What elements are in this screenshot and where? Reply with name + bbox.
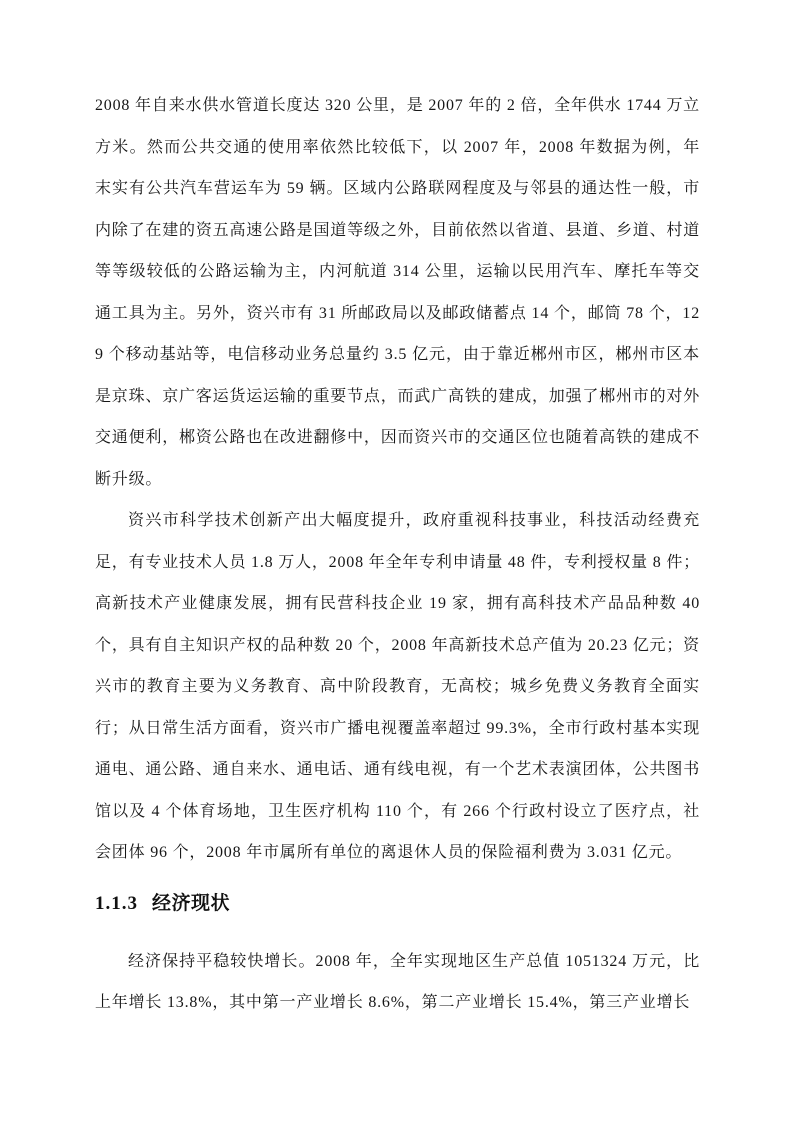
- document-page: 2008 年自来水供水管道长度达 320 公里，是 2007 年的 2 倍，全年…: [0, 0, 793, 1122]
- section-heading: 1.1.3经济现状: [95, 890, 700, 918]
- paragraph-economy-overview: 经济保持平稳较快增长。2008 年，全年实现地区生产总值 1051324 万元，…: [95, 941, 700, 1024]
- section-heading-title: 经济现状: [152, 893, 230, 914]
- paragraph-infrastructure-transport-telecom: 2008 年自来水供水管道长度达 320 公里，是 2007 年的 2 倍，全年…: [95, 85, 700, 500]
- paragraph-science-education-livelihood: 资兴市科学技术创新产出大幅度提升，政府重视科技事业，科技活动经费充足，有专业技术…: [95, 500, 700, 874]
- section-heading-number: 1.1.3: [95, 893, 138, 914]
